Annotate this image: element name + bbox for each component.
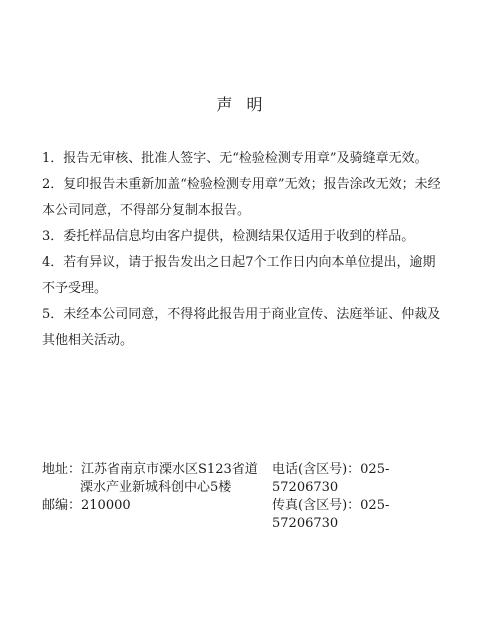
- address: 地址：江苏省南京市溧水区S123省道: [42, 461, 258, 479]
- item-number: 1．: [42, 151, 63, 166]
- statement-item-5: 5．未经本公司同意，不得将此报告用于商业宣传、法庭举证、仲裁及其他相关活动。: [42, 302, 442, 354]
- item-number: 3．: [42, 229, 63, 244]
- item-text: 委托样品信息均由客户提供，检测结果仅适用于收到的样品。: [63, 229, 414, 244]
- item-text: 若有异议，请于报告发出之日起7个工作日内向本单位提出，逾期不予受理。: [42, 255, 436, 296]
- statement-item-1: 1．报告无审核、批准人签字、无“检验检测专用章”及骑缝章无效。: [42, 146, 442, 172]
- statement-item-2: 2．复印报告未重新加盖“检验检测专用章”无效；报告涂改无效；未经本公司同意，不得…: [42, 172, 442, 224]
- statement-item-4: 4．若有异议，请于报告发出之日起7个工作日内向本单位提出，逾期不予受理。: [42, 250, 442, 302]
- fax-label: 传真(含区号)：: [272, 498, 360, 513]
- postcode: 邮编：210000: [42, 497, 131, 515]
- fax: 传真(含区号)：025-57206730: [272, 497, 442, 533]
- postcode-label: 邮编：: [42, 498, 81, 513]
- item-number: 2．: [42, 177, 63, 192]
- item-number: 4．: [42, 255, 63, 270]
- item-text: 复印报告未重新加盖“检验检测专用章”无效；报告涂改无效；未经本公司同意，不得部分…: [42, 177, 441, 218]
- contact-footer: 地址：江苏省南京市溧水区S123省道 电话(含区号)：025-57206730 …: [42, 461, 442, 515]
- document-title: 声明: [0, 92, 479, 115]
- item-text: 报告无审核、批准人签字、无“检验检测专用章”及骑缝章无效。: [63, 151, 427, 166]
- item-text: 未经本公司同意，不得将此报告用于商业宣传、法庭举证、仲裁及其他相关活动。: [42, 307, 440, 348]
- phone-label: 电话(含区号)：: [272, 462, 360, 477]
- address-line-1: 江苏省南京市溧水区S123省道: [81, 462, 258, 477]
- postcode-value: 210000: [81, 498, 131, 513]
- statement-item-3: 3．委托样品信息均由客户提供，检测结果仅适用于收到的样品。: [42, 224, 442, 250]
- item-number: 5．: [42, 307, 63, 322]
- address-label: 地址：: [42, 462, 81, 477]
- address-line-2: 溧水产业新城科创中心5楼: [42, 479, 231, 497]
- statement-list: 1．报告无审核、批准人签字、无“检验检测专用章”及骑缝章无效。 2．复印报告未重…: [42, 146, 442, 354]
